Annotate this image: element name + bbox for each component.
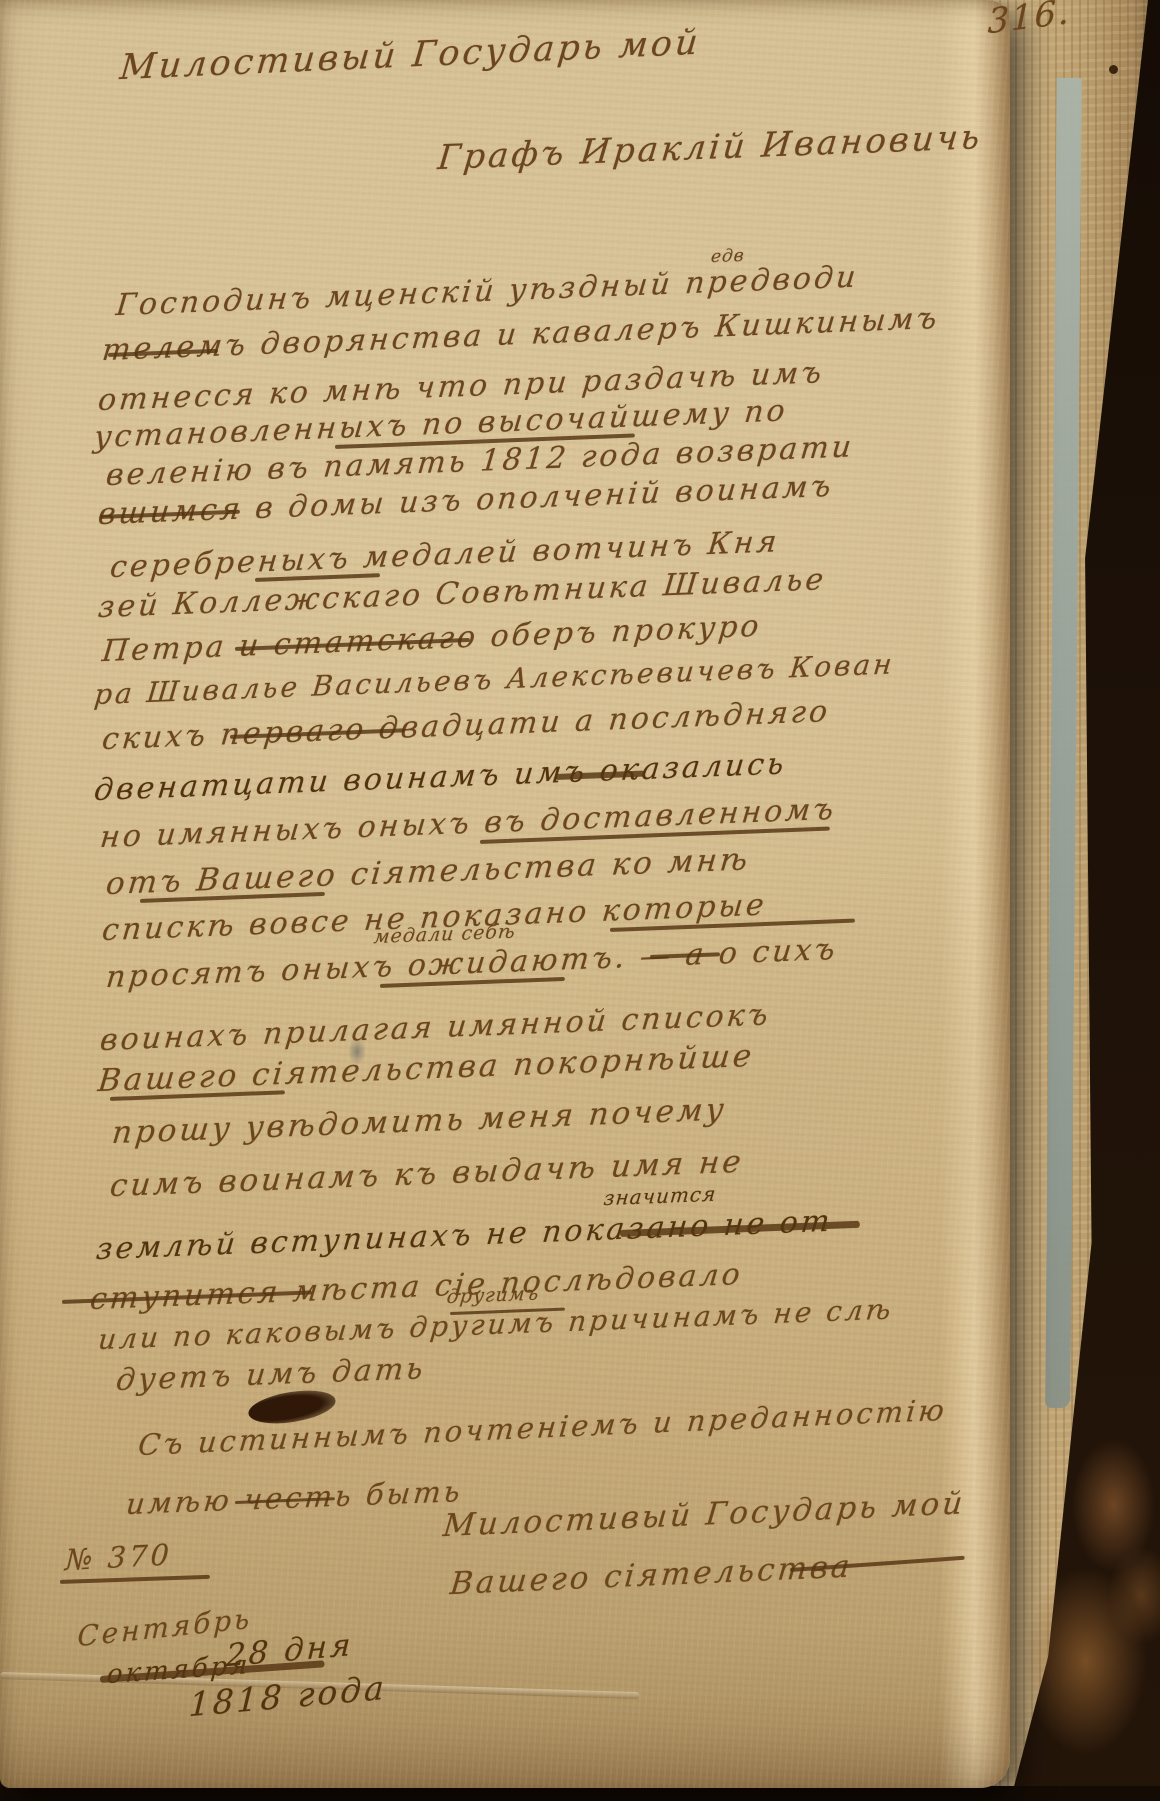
curled-pages-corner bbox=[1005, 1390, 1160, 1801]
table-shadow bbox=[0, 1786, 1160, 1801]
interlinear-insertion: едв bbox=[710, 246, 746, 267]
manuscript-photo: 316. Милостивый Государь мой Графъ Иракл… bbox=[0, 0, 1160, 1801]
interlinear-insertion: значится bbox=[603, 1182, 718, 1210]
interlinear-insertion: другимъ bbox=[446, 1282, 541, 1308]
ink-dot bbox=[1109, 65, 1118, 74]
docket-number: № 370 bbox=[64, 1537, 173, 1577]
